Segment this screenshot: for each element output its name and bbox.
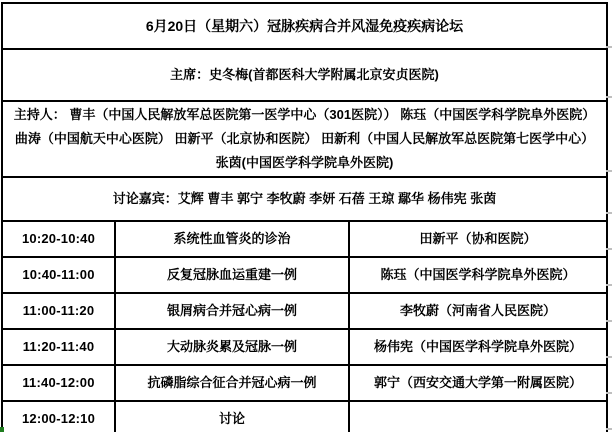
title-row: 6月20日（星期六）冠脉疾病合并风湿免疫疾病论坛 bbox=[2, 3, 607, 49]
speaker-cell bbox=[349, 401, 607, 432]
topic-cell: 抗磷脂综合征合并冠心病一例 bbox=[115, 365, 349, 401]
gridline-stub bbox=[606, 356, 612, 358]
speaker-cell: 郭宁（西安交通大学第一附属医院） bbox=[349, 365, 607, 401]
topic-cell: 大动脉炎累及冠脉一例 bbox=[115, 329, 349, 365]
session-row-3: 11:00-11:20 银屑病合并冠心病一例 李牧蔚（河南省人民医院） bbox=[2, 293, 607, 329]
time-cell: 11:00-11:20 bbox=[2, 293, 115, 329]
green-corner-mark bbox=[0, 427, 4, 432]
gridline-stub bbox=[606, 428, 612, 430]
time-cell: 11:20-11:40 bbox=[2, 329, 115, 365]
gridline-stub bbox=[606, 96, 612, 98]
gridline-stub bbox=[606, 248, 612, 250]
forum-schedule-page: 6月20日（星期六）冠脉疾病合并风湿免疫疾病论坛 主席：史冬梅(首都医科大学附属… bbox=[0, 0, 614, 432]
speaker-cell: 陈珏（中国医学科学院阜外医院） bbox=[349, 257, 607, 293]
chair-row: 主席：史冬梅(首都医科大学附属北京安贞医院) bbox=[2, 49, 607, 101]
time-cell: 11:40-12:00 bbox=[2, 365, 115, 401]
forum-title: 6月20日（星期六）冠脉疾病合并风湿免疫疾病论坛 bbox=[2, 3, 607, 49]
speaker-cell: 李牧蔚（河南省人民医院） bbox=[349, 293, 607, 329]
time-cell: 10:40-11:00 bbox=[2, 257, 115, 293]
topic-cell: 银屑病合并冠心病一例 bbox=[115, 293, 349, 329]
guests-row: 讨论嘉宾：艾辉 曹丰 郭宁 李牧蔚 李妍 石蓓 王琼 鄢华 杨伟宪 张茵 bbox=[2, 177, 607, 221]
gridline-stub bbox=[606, 170, 612, 172]
gridline-stub bbox=[606, 46, 612, 48]
session-row-1: 10:20-10:40 系统性血管炎的诊治 田新平（协和医院） bbox=[2, 221, 607, 257]
time-cell: 10:20-10:40 bbox=[2, 221, 115, 257]
gridline-stub bbox=[606, 284, 612, 286]
speaker-cell: 杨伟宪（中国医学科学院阜外医院） bbox=[349, 329, 607, 365]
gridline-stub bbox=[606, 320, 612, 322]
topic-cell: 反复冠脉血运重建一例 bbox=[115, 257, 349, 293]
guests-cell: 讨论嘉宾：艾辉 曹丰 郭宁 李牧蔚 李妍 石蓓 王琼 鄢华 杨伟宪 张茵 bbox=[2, 177, 607, 221]
topic-cell: 系统性血管炎的诊治 bbox=[115, 221, 349, 257]
session-row-6: 12:00-12:10 讨论 bbox=[2, 401, 607, 432]
session-row-4: 11:20-11:40 大动脉炎累及冠脉一例 杨伟宪（中国医学科学院阜外医院） bbox=[2, 329, 607, 365]
gridline-stub bbox=[606, 212, 612, 214]
forum-schedule-table: 6月20日（星期六）冠脉疾病合并风湿免疫疾病论坛 主席：史冬梅(首都医科大学附属… bbox=[1, 2, 608, 432]
chair-cell: 主席：史冬梅(首都医科大学附属北京安贞医院) bbox=[2, 49, 607, 101]
hosts-cell: 主持人： 曹丰（中国人民解放军总医院第一医学中心（301医院）） 陈珏（中国医学… bbox=[2, 101, 607, 177]
hosts-row: 主持人： 曹丰（中国人民解放军总医院第一医学中心（301医院）） 陈珏（中国医学… bbox=[2, 101, 607, 177]
session-row-5: 11:40-12:00 抗磷脂综合征合并冠心病一例 郭宁（西安交通大学第一附属医… bbox=[2, 365, 607, 401]
session-row-2: 10:40-11:00 反复冠脉血运重建一例 陈珏（中国医学科学院阜外医院） bbox=[2, 257, 607, 293]
time-cell: 12:00-12:10 bbox=[2, 401, 115, 432]
topic-cell: 讨论 bbox=[115, 401, 349, 432]
speaker-cell: 田新平（协和医院） bbox=[349, 221, 607, 257]
gridline-stub bbox=[606, 392, 612, 394]
